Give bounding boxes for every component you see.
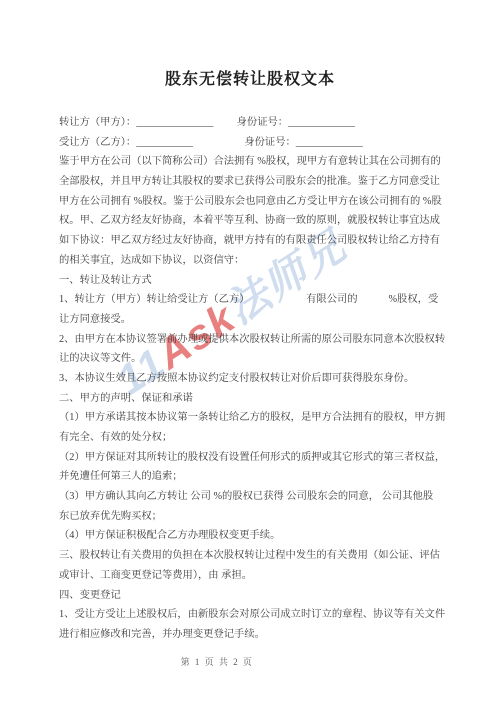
document-line: 让的决议等文件。 [59,349,451,369]
page-footer: 第 1 页 共 2 页 [0,652,500,670]
document-line: 东已放弃优先购买权； [59,507,451,527]
document-line: 的相关事宜，达成如下协议，以资信守： [59,251,451,271]
document-line: 甲方在公司拥有 %股权。鉴于公司股东会也同意由乙方受让甲方在该公司拥有的 %股 [59,192,451,212]
document-line: 一、转让及转让方式 [59,271,451,291]
document-line: 权。甲、乙双方经友好协商，本着平等互利、协商一致的原则，就股权转让事宜达成 [59,211,451,231]
document-title: 股东无偿转让股权文本 [0,66,500,89]
document-body: 转让方（甲方）：_______________ 身份证号：___________… [59,113,451,645]
document-line: 四、变更登记 [59,586,451,606]
document-line: 1、受让方受让上述股权后，由新股东会对原公司成立时订立的章程、协议等有关文件 [59,605,451,625]
document-line: 有完全、有效的处分权； [59,428,451,448]
document-line: （3）甲方确认其向乙方转让 公司 %的股权已获得 公司股东会的同意， 公司其他股 [59,487,451,507]
document-line: 进行相应修改和完善，并办理变更登记手续。 [59,625,451,645]
document-line: 受让方（乙方）：___________ 身份证号：_____________ [59,133,451,153]
document-line: 转让方（甲方）：_______________ 身份证号：___________… [59,113,451,133]
document-line: 如下协议：甲乙双方经过友好协商，就甲方持有的有限责任公司股权转让给乙方持有 [59,231,451,251]
page-number: 第 1 页 共 2 页 [181,657,254,667]
document-line: 2、由甲方在本协议签署前办理或提供本次股权转让所需的原公司股东同意本次股权转 [59,330,451,350]
document-line: 鉴于甲方在公司（以下简称公司）合法拥有 %股权，现甲方有意转让其在公司拥有的 [59,152,451,172]
document-line: （2）甲方保证对其所转让的股权没有设置任何形式的质押或其它形式的第三者权益， [59,448,451,468]
document-line: 全部股权，并且甲方转让其股权的要求已获得公司股东会的批准。鉴于乙方同意受让 [59,172,451,192]
document-line: 1、转让方（甲方）转让给受让方（乙方） 有限公司的 %股权，受 [59,290,451,310]
document-line: 或审计、工商变更登记等费用），由 承担。 [59,566,451,586]
document-line: 并免遭任何第三人的追索； [59,467,451,487]
document-line: 3、本协议生效且乙方按照本协议约定支付股权转让对价后即可获得股东身份。 [59,369,451,389]
document-line: （1）甲方承诺其按本协议第一条转让给乙方的股权，是甲方合法拥有的股权，甲方拥 [59,408,451,428]
document-line: 三、股权转让有关费用的负担在本次股权转让过程中发生的有关费用（如公证、评估 [59,546,451,566]
document-line: （4）甲方保证积极配合乙方办理股权变更手续。 [59,526,451,546]
document-line: 让方同意接受。 [59,310,451,330]
document-line: 二、甲方的声明、保证和承诺 [59,389,451,409]
document-page: 11Ask法师兄 股东无偿转让股权文本 转让方（甲方）：____________… [0,0,500,706]
